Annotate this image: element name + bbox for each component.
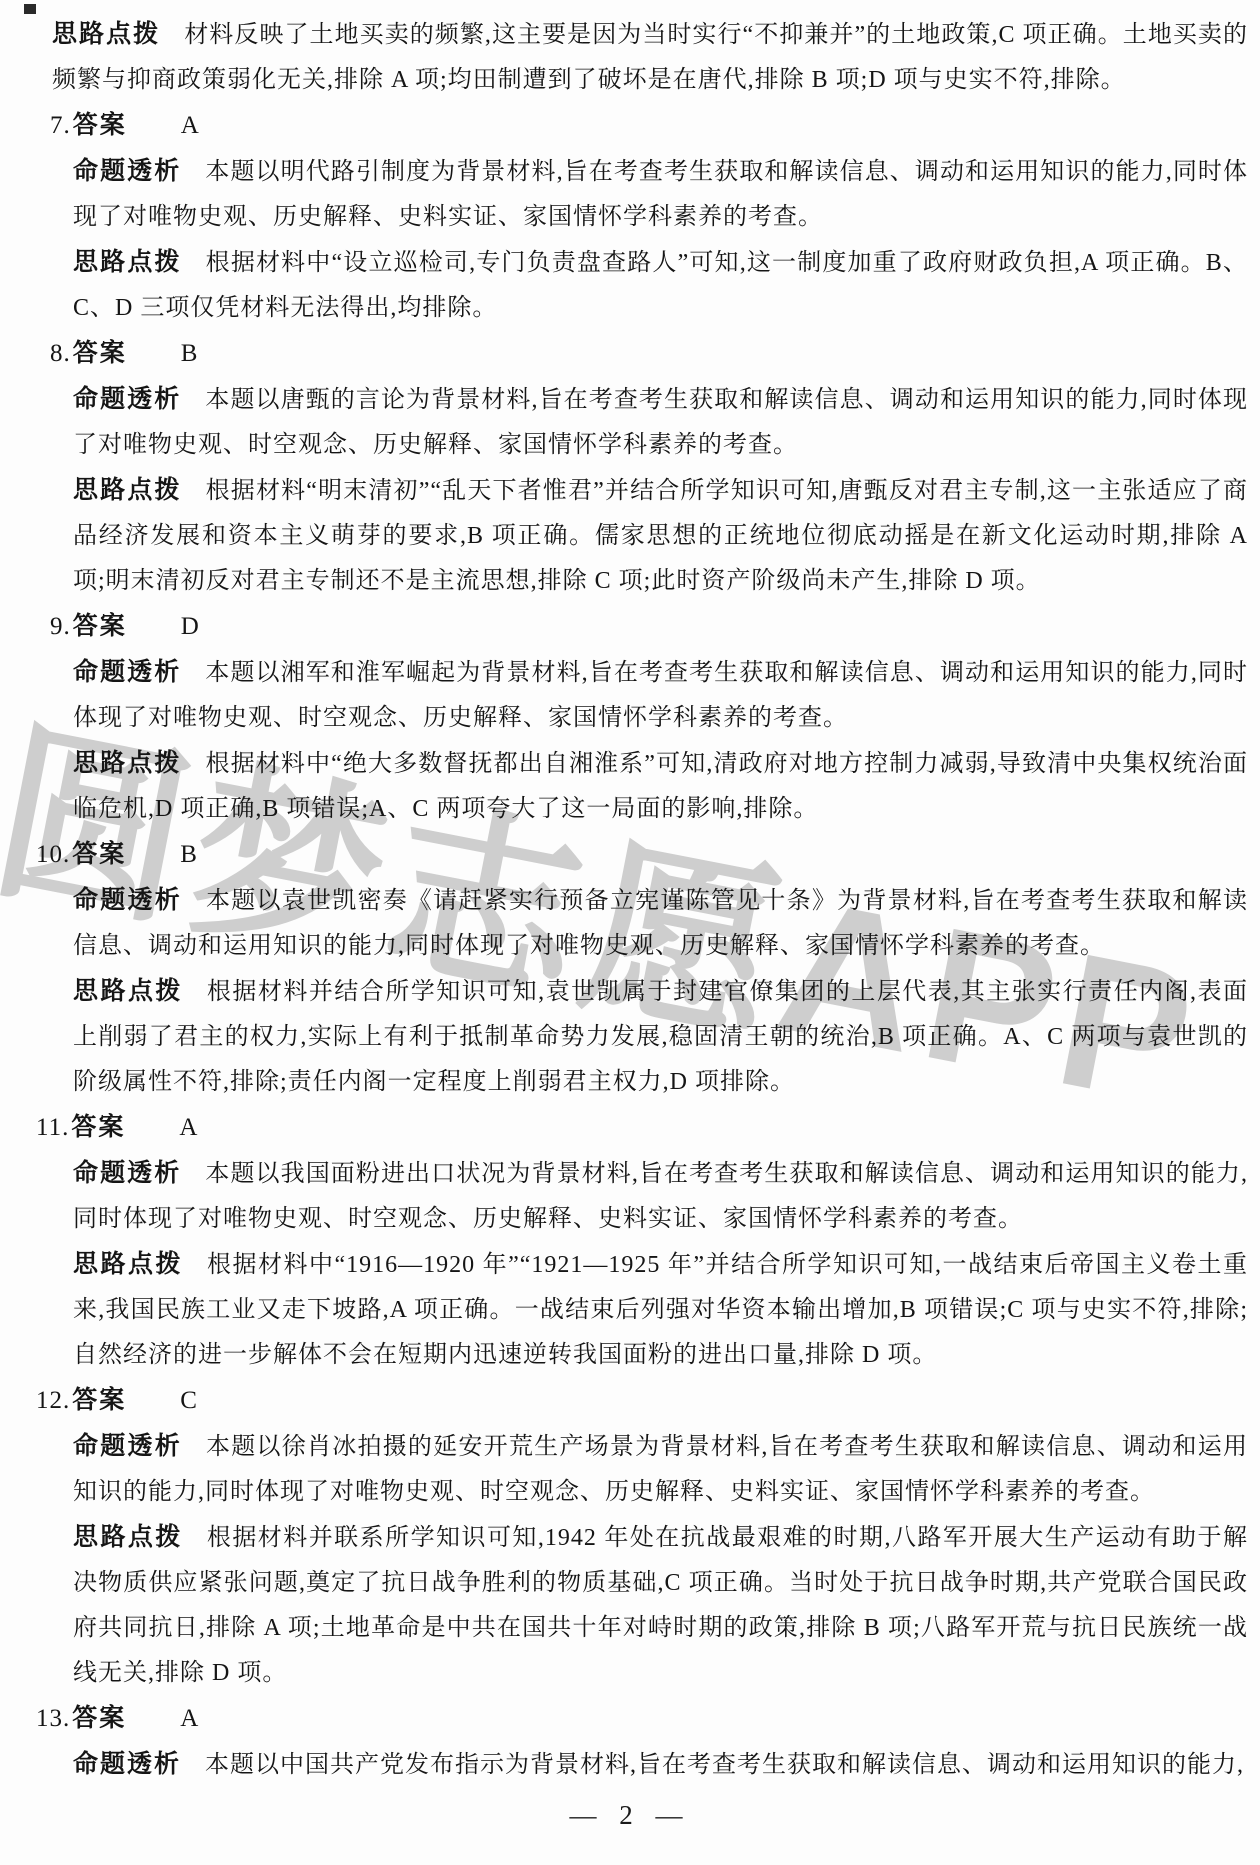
guidance-label: 思路点拨	[73, 1523, 183, 1551]
analysis-paragraph: 命题透析本题以明代路引制度为背景材料,旨在考查考生获取和解读信息、调动和运用知识…	[73, 149, 1248, 240]
analysis-text: 本题以唐甄的言论为背景材料,旨在考查考生获取和解读信息、调动和运用知识的能力,同…	[73, 387, 1248, 458]
guidance-label: 思路点拨	[73, 749, 181, 777]
item-number: 7.	[50, 112, 71, 139]
page-number: — 2 —	[0, 1800, 1260, 1831]
answer-item-8: 8.答案B 命题透析本题以唐甄的言论为背景材料,旨在考查考生获取和解读信息、调动…	[0, 331, 1248, 604]
answer-letter: C	[180, 1387, 198, 1414]
analysis-text: 本题以我国面粉进出口状况为背景材料,旨在考查考生获取和解读信息、调动和运用知识的…	[73, 1161, 1248, 1232]
analysis-text: 本题以中国共产党发布指示为背景材料,旨在考查考生获取和解读信息、调动和运用知识的…	[205, 1752, 1244, 1778]
item-number: 9.	[50, 613, 71, 640]
guidance-paragraph: 思路点拨根据材料“明末清初”“乱天下者惟君”并结合所学知识可知,唐甄反对君主专制…	[73, 468, 1248, 604]
analysis-text: 本题以明代路引制度为背景材料,旨在考查考生获取和解读信息、调动和运用知识的能力,…	[73, 159, 1248, 230]
answer-letter: B	[181, 340, 199, 367]
analysis-text: 本题以袁世凯密奏《请赶紧实行预备立宪谨陈管见十条》为背景材料,旨在考查考生获取和…	[73, 888, 1248, 959]
guidance-paragraph: 思路点拨根据材料并联系所学知识可知,1942 年处在抗战最艰难的时期,八路军开展…	[73, 1515, 1248, 1696]
analysis-text: 本题以湘军和淮军崛起为背景材料,旨在考查考生获取和解读信息、调动和运用知识的能力…	[73, 660, 1248, 731]
answer-letter: A	[181, 112, 200, 139]
analysis-paragraph: 命题透析本题以唐甄的言论为背景材料,旨在考查考生获取和解读信息、调动和运用知识的…	[73, 377, 1248, 468]
guidance-paragraph: 思路点拨根据材料中“绝大多数督抚都出自湘淮系”可知,清政府对地方控制力减弱,导致…	[73, 741, 1248, 832]
guidance-text: 根据材料中“1916—1920 年”“1921—1925 年”并结合所学知识可知…	[73, 1252, 1248, 1368]
answer-item-9: 9.答案D 命题透析本题以湘军和淮军崛起为背景材料,旨在考查考生获取和解读信息、…	[0, 604, 1248, 832]
analysis-paragraph: 命题透析本题以我国面粉进出口状况为背景材料,旨在考查考生获取和解读信息、调动和运…	[73, 1151, 1248, 1242]
analysis-text: 本题以徐肖冰拍摄的延安开荒生产场景为背景材料,旨在考查考生获取和解读信息、调动和…	[73, 1434, 1248, 1505]
item-number: 13.	[36, 1705, 70, 1732]
intro-paragraph: 思路点拨材料反映了土地买卖的频繁,这主要是因为当时实行“不抑兼并”的土地政策,C…	[52, 12, 1248, 103]
item-number: 8.	[50, 340, 71, 367]
answer-letter: A	[180, 1705, 199, 1732]
guidance-label: 思路点拨	[73, 476, 182, 504]
guidance-label: 思路点拨	[73, 977, 183, 1005]
analysis-label: 命题透析	[73, 886, 182, 914]
guidance-text: 根据材料中“绝大多数督抚都出自湘淮系”可知,清政府对地方控制力减弱,导致清中央集…	[73, 751, 1248, 822]
guidance-paragraph: 思路点拨根据材料中“设立巡检司,专门负责盘查路人”可知,这一制度加重了政府财政负…	[73, 240, 1248, 331]
answer-line: 11.答案A	[36, 1105, 1248, 1151]
answer-label: 答案	[71, 1113, 125, 1141]
answer-letter: D	[181, 613, 200, 640]
guidance-text: 根据材料并联系所学知识可知,1942 年处在抗战最艰难的时期,八路军开展大生产运…	[73, 1525, 1248, 1686]
guidance-text: 根据材料并结合所学知识可知,袁世凯属于封建官僚集团的上层代表,其主张实行责任内阁…	[73, 979, 1248, 1095]
guidance-label: 思路点拨	[52, 20, 160, 48]
analysis-label: 命题透析	[73, 658, 181, 686]
item-number: 12.	[36, 1387, 70, 1414]
answer-item-7: 7.答案A 命题透析本题以明代路引制度为背景材料,旨在考查考生获取和解读信息、调…	[0, 103, 1248, 331]
answer-line: 13.答案A	[36, 1696, 1248, 1742]
answer-line: 9.答案D	[50, 604, 1248, 650]
analysis-label: 命题透析	[73, 385, 181, 413]
analysis-label: 命题透析	[73, 157, 181, 185]
analysis-label: 命题透析	[73, 1159, 181, 1187]
answer-label: 答案	[72, 840, 126, 868]
guidance-paragraph: 思路点拨根据材料并结合所学知识可知,袁世凯属于封建官僚集团的上层代表,其主张实行…	[73, 969, 1248, 1105]
answer-letter: A	[179, 1114, 198, 1141]
answer-line: 12.答案C	[36, 1378, 1248, 1424]
guidance-label: 思路点拨	[73, 248, 182, 276]
answer-label: 答案	[72, 1386, 126, 1414]
intro-text: 材料反映了土地买卖的频繁,这主要是因为当时实行“不抑兼并”的土地政策,C 项正确…	[52, 22, 1248, 93]
answer-key-content: 思路点拨材料反映了土地买卖的频繁,这主要是因为当时实行“不抑兼并”的土地政策,C…	[0, 0, 1260, 1788]
analysis-paragraph: 命题透析本题以徐肖冰拍摄的延安开荒生产场景为背景材料,旨在考查考生获取和解读信息…	[73, 1424, 1248, 1515]
guidance-text: 根据材料“明末清初”“乱天下者惟君”并结合所学知识可知,唐甄反对君主专制,这一主…	[73, 478, 1248, 594]
answer-label: 答案	[73, 339, 127, 367]
analysis-label: 命题透析	[73, 1750, 181, 1778]
answer-item-13: 13.答案A 命题透析本题以中国共产党发布指示为背景材料,旨在考查考生获取和解读…	[0, 1696, 1248, 1788]
analysis-paragraph: 命题透析本题以湘军和淮军崛起为背景材料,旨在考查考生获取和解读信息、调动和运用知…	[73, 650, 1248, 741]
answer-item-11: 11.答案A 命题透析本题以我国面粉进出口状况为背景材料,旨在考查考生获取和解读…	[0, 1105, 1248, 1378]
answer-item-12: 12.答案C 命题透析本题以徐肖冰拍摄的延安开荒生产场景为背景材料,旨在考查考生…	[0, 1378, 1248, 1696]
answer-letter: B	[180, 841, 198, 868]
item-number: 10.	[36, 841, 70, 868]
guidance-label: 思路点拨	[73, 1250, 183, 1278]
answer-line: 10.答案B	[36, 832, 1248, 878]
guidance-paragraph: 思路点拨根据材料中“1916—1920 年”“1921—1925 年”并结合所学…	[73, 1242, 1248, 1378]
answer-line: 8.答案B	[50, 331, 1248, 377]
answer-label: 答案	[72, 1704, 126, 1732]
answer-item-10: 10.答案B 命题透析本题以袁世凯密奏《请赶紧实行预备立宪谨陈管见十条》为背景材…	[0, 832, 1248, 1105]
analysis-paragraph: 命题透析本题以中国共产党发布指示为背景材料,旨在考查考生获取和解读信息、调动和运…	[73, 1742, 1248, 1788]
analysis-paragraph: 命题透析本题以袁世凯密奏《请赶紧实行预备立宪谨陈管见十条》为背景材料,旨在考查考…	[73, 878, 1248, 969]
answer-label: 答案	[73, 612, 127, 640]
item-number: 11.	[36, 1114, 69, 1141]
answer-line: 7.答案A	[50, 103, 1248, 149]
answer-label: 答案	[73, 111, 127, 139]
analysis-label: 命题透析	[73, 1432, 182, 1460]
guidance-text: 根据材料中“设立巡检司,专门负责盘查路人”可知,这一制度加重了政府财政负担,A …	[73, 250, 1248, 321]
exam-answer-page: 圆梦志愿APP 思路点拨材料反映了土地买卖的频繁,这主要是因为当时实行“不抑兼并…	[0, 0, 1260, 1865]
